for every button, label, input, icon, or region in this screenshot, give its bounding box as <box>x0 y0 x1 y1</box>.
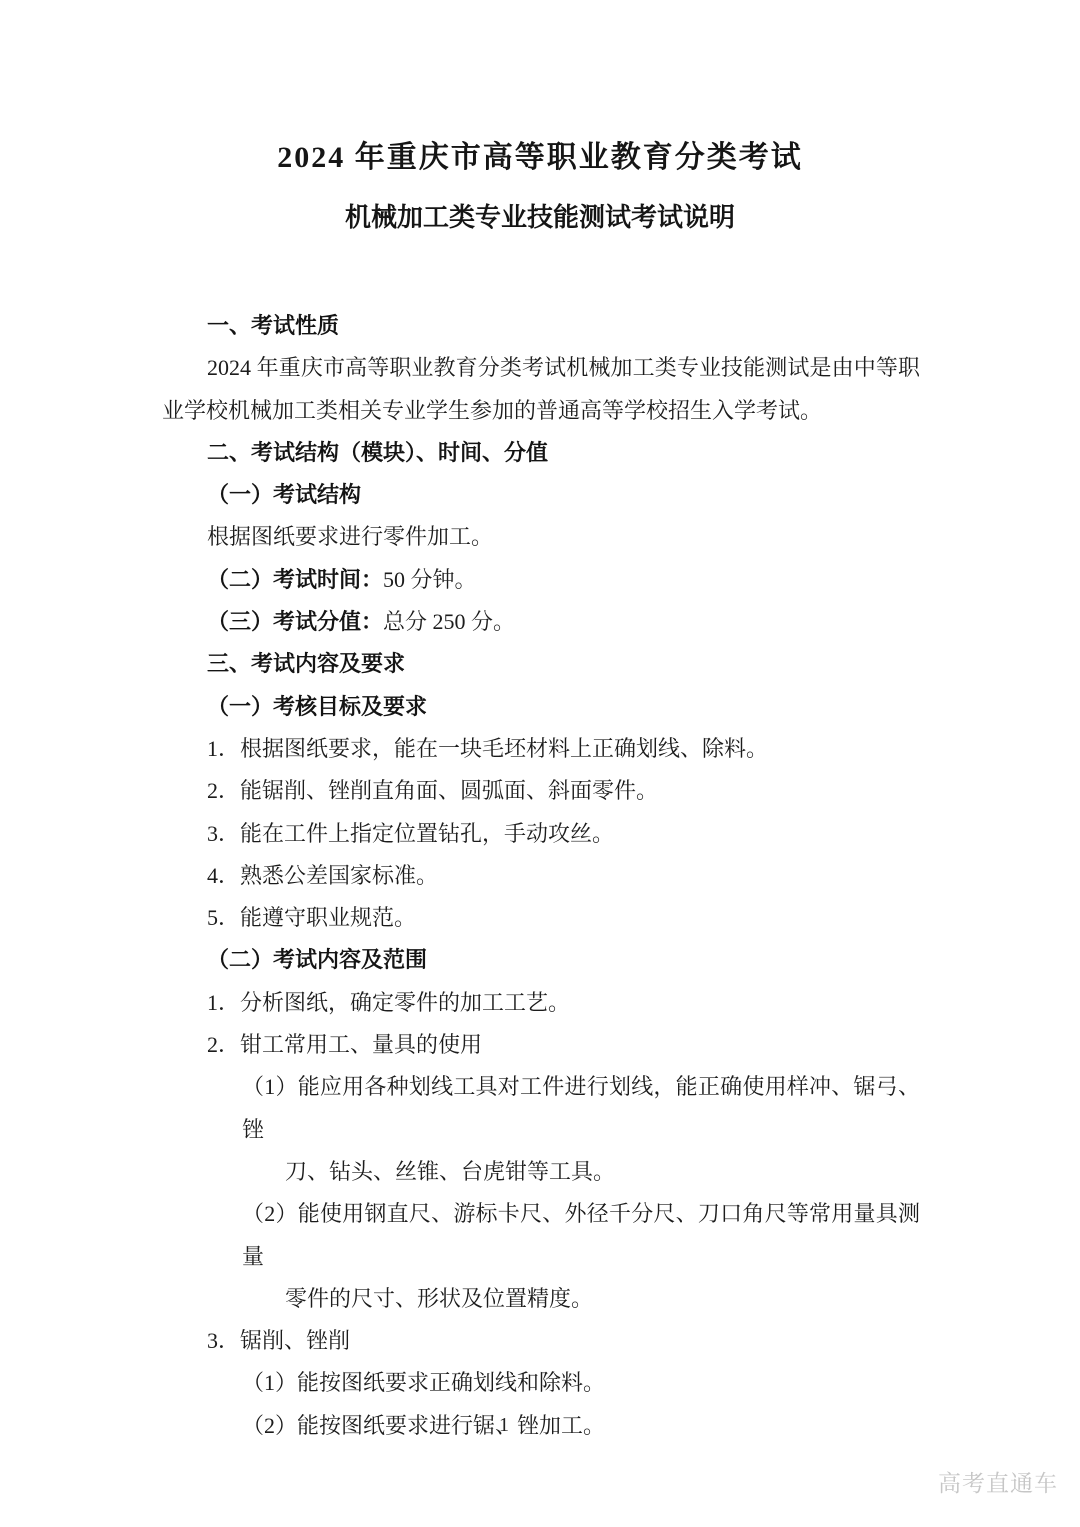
scope-item-2-sub2-line2: 零件的尺寸、形状及位置精度。 <box>285 1278 920 1320</box>
subsection-exam-structure-heading: （一）考试结构 <box>207 474 920 516</box>
subsection-objectives-heading: （一）考核目标及要求 <box>207 686 920 728</box>
doc-title-line1: 2024 年重庆市高等职业教育分类考试 <box>0 138 1080 178</box>
subsection-scope-heading: （二）考试内容及范围 <box>207 939 920 981</box>
scope-item-2: 2．钳工常用工、量具的使用 <box>207 1024 920 1066</box>
exam-time-label: （二）考试时间： <box>207 567 383 592</box>
exam-score-label: （三）考试分值： <box>207 609 383 634</box>
exam-score-value: 总分 250 分。 <box>383 609 515 634</box>
doc-title-line2: 机械加工类专业技能测试考试说明 <box>0 200 1080 234</box>
doc-body: 一、考试性质 2024 年重庆市高等职业教育分类考试机械加工类专业技能测试是由中… <box>162 305 920 1447</box>
watermark-text: 高考直通车 <box>938 1468 1058 1498</box>
section-2-heading: 二、考试结构（模块）、时间、分值 <box>207 432 920 474</box>
para-exam-nature-line1: 2024 年重庆市高等职业教育分类考试机械加工类专业技能测试是由中等职 <box>207 347 920 389</box>
scope-item-1: 1．分析图纸，确定零件的加工工艺。 <box>207 982 920 1024</box>
exam-structure-text: 根据图纸要求进行零件加工。 <box>207 516 920 558</box>
objective-item-3: 3．能在工件上指定位置钻孔，手动攻丝。 <box>207 813 920 855</box>
section-3-heading: 三、考试内容及要求 <box>207 643 920 685</box>
exam-time-value: 50 分钟。 <box>383 567 477 592</box>
objective-item-4: 4．熟悉公差国家标准。 <box>207 855 920 897</box>
page-number: 1 <box>404 1412 604 1438</box>
scope-item-2-sub1-line2: 刀、钻头、丝锥、台虎钳等工具。 <box>285 1151 920 1193</box>
para-exam-nature-line2: 业学校机械加工类相关专业学生参加的普通高等学校招生入学考试。 <box>162 390 920 432</box>
scope-item-3: 3．锯削、锉削 <box>207 1320 920 1362</box>
exam-score-line: （三）考试分值：总分 250 分。 <box>207 601 920 643</box>
scope-item-3-sub1: （1）能按图纸要求正确划线和除料。 <box>242 1362 920 1404</box>
exam-time-line: （二）考试时间：50 分钟。 <box>207 559 920 601</box>
scope-item-2-sub1-line1: （1）能应用各种划线工具对工件进行划线，能正确使用样冲、锯弓、锉 <box>242 1066 920 1151</box>
section-1-heading: 一、考试性质 <box>207 305 920 347</box>
document-page: 2024 年重庆市高等职业教育分类考试 机械加工类专业技能测试考试说明 一、考试… <box>0 0 1080 1527</box>
scope-item-2-sub2-line1: （2）能使用钢直尺、游标卡尺、外径千分尺、刀口角尺等常用量具测量 <box>242 1193 920 1278</box>
objective-item-5: 5．能遵守职业规范。 <box>207 897 920 939</box>
objective-item-2: 2．能锯削、锉削直角面、圆弧面、斜面零件。 <box>207 770 920 812</box>
objective-item-1: 1．根据图纸要求，能在一块毛坯材料上正确划线、除料。 <box>207 728 920 770</box>
